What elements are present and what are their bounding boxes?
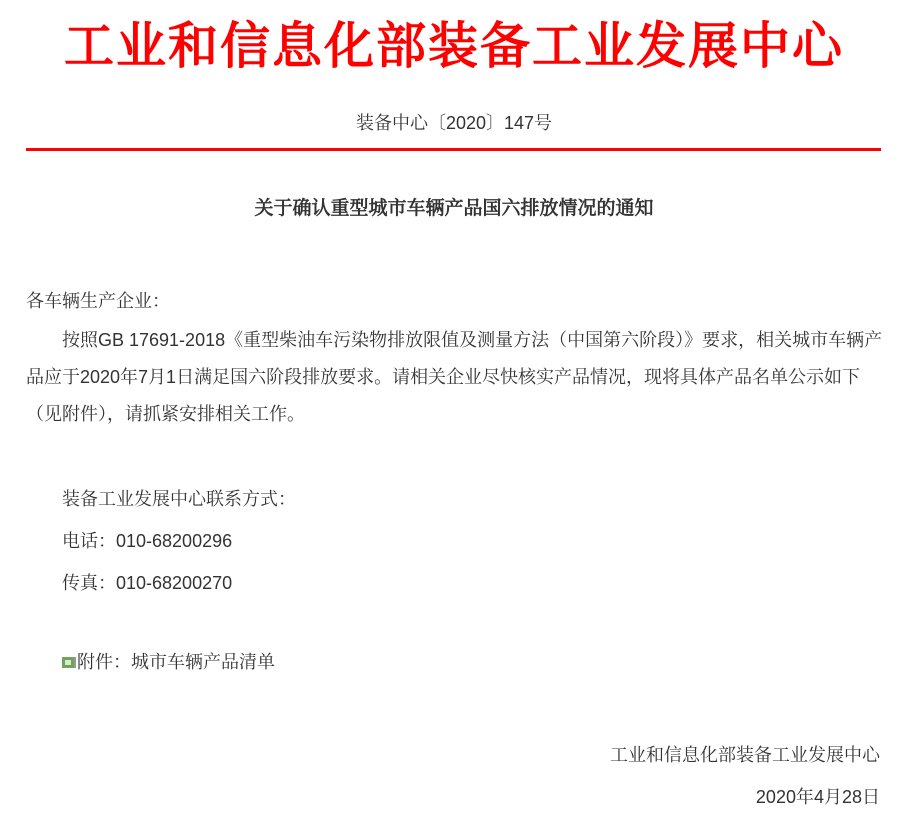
contact-phone: 电话：010-68200296 bbox=[62, 520, 296, 562]
document-number: 装备中心〔2020〕147号 bbox=[0, 110, 908, 136]
excel-file-icon bbox=[62, 657, 74, 668]
signature-date: 2020年4月28日 bbox=[610, 776, 880, 818]
contact-block: 装备工业发展中心联系方式： 电话：010-68200296 传真：010-682… bbox=[62, 478, 296, 604]
contact-fax: 传真：010-68200270 bbox=[62, 562, 296, 604]
notice-title: 关于确认重型城市车辆产品国六排放情况的通知 bbox=[0, 194, 908, 222]
salutation: 各车辆生产企业： bbox=[26, 283, 884, 320]
signature-block: 工业和信息化部装备工业发展中心 2020年4月28日 bbox=[610, 734, 880, 818]
attachment-link[interactable]: 附件：城市车辆产品清单 bbox=[77, 647, 275, 677]
attachment[interactable]: 附件：城市车辆产品清单 bbox=[62, 647, 275, 677]
red-divider bbox=[26, 148, 881, 151]
body-paragraph: 按照GB 17691-2018《重型柴油车污染物排放限值及测量方法（中国第六阶段… bbox=[26, 322, 884, 433]
signature-organization: 工业和信息化部装备工业发展中心 bbox=[610, 734, 880, 776]
document-page: 工业和信息化部装备工业发展中心 装备中心〔2020〕147号 关于确认重型城市车… bbox=[0, 0, 920, 835]
contact-heading: 装备工业发展中心联系方式： bbox=[62, 478, 296, 520]
masthead-title: 工业和信息化部装备工业发展中心 bbox=[0, 14, 908, 78]
